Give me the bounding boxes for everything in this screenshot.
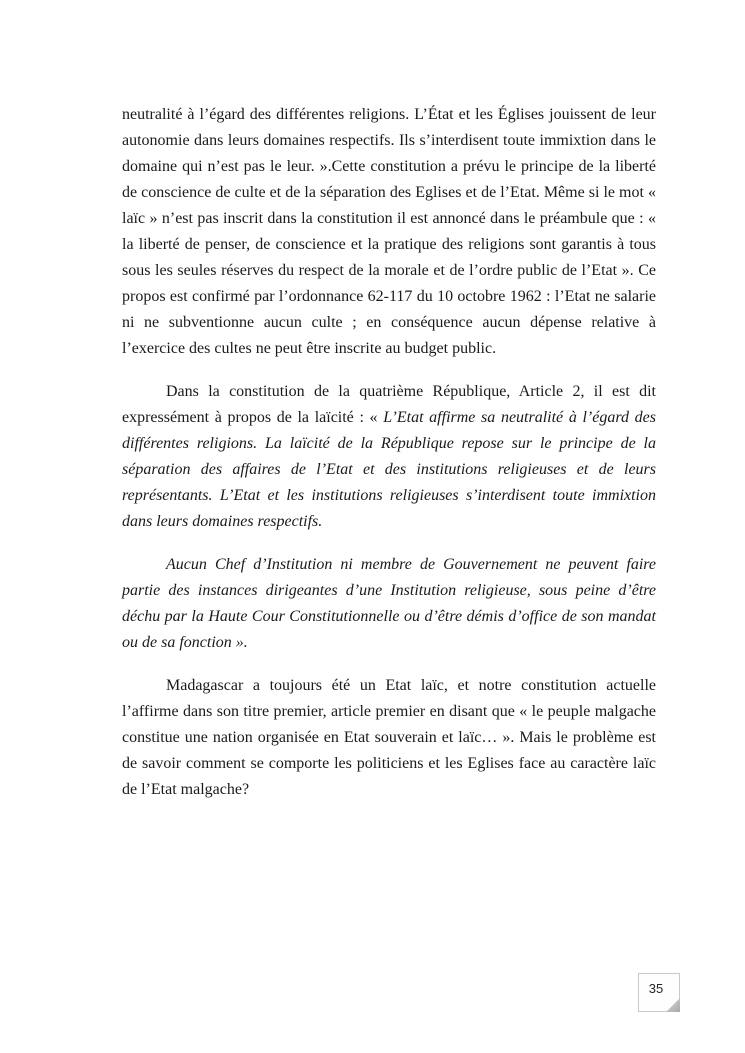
paragraph-2: Dans la constitution de la quatrième Rép… [122,379,656,535]
paragraph-1: neutralité à l’égard des différentes rel… [122,102,656,362]
paragraph-4: Madagascar a toujours été un Etat laïc, … [122,673,656,803]
text-content: neutralité à l’égard des différentes rel… [122,102,656,820]
paragraph-2-quote: L’Etat affirme sa neutralité à l’égard d… [122,409,656,530]
document-page: neutralité à l’égard des différentes rel… [0,0,745,1053]
page-number-badge: 35 [638,973,680,1012]
paragraph-3: Aucun Chef d’Institution ni membre de Go… [122,552,656,656]
page-number: 35 [639,981,673,996]
folded-corner-icon [666,998,680,1012]
